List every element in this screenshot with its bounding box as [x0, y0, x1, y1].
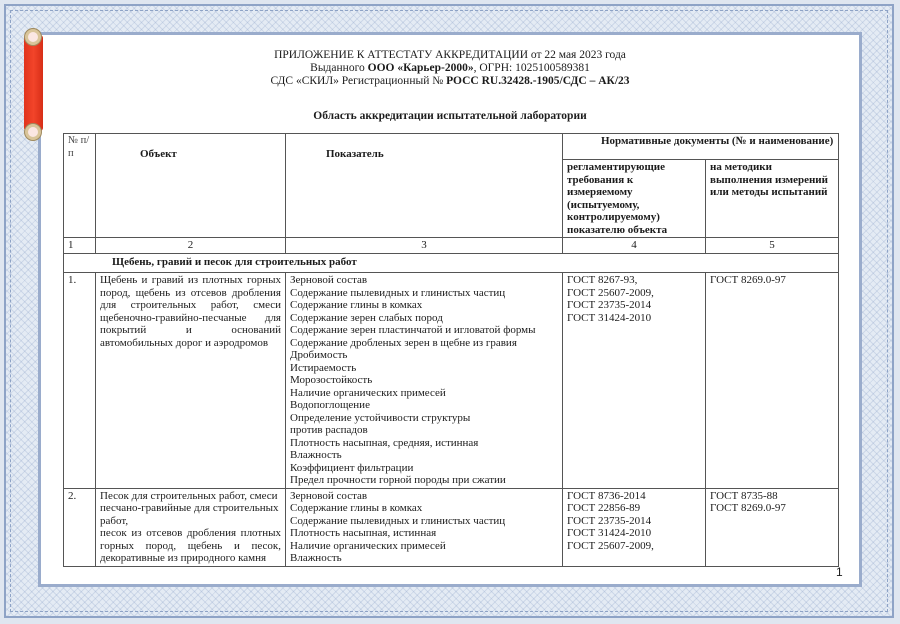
section-row: Щебень, гравий и песок для строительных … [64, 253, 839, 273]
row-object: Песок для строительных работ, смеси песч… [96, 488, 286, 566]
indicator-item: Зерновой состав [290, 274, 558, 287]
indicator-item: Содержание дробленых зерен в щебне из гр… [290, 337, 558, 350]
column-header-object: Объект [96, 134, 286, 238]
row-indicators: Зерновой состав Содержание глины в комка… [286, 488, 563, 566]
grommet-top-icon [25, 29, 41, 45]
column-numbers-row: 1 2 3 4 5 [64, 238, 839, 254]
indicator-item: Водопоглощение [290, 399, 558, 412]
table-row: 2. Песок для строительных работ, смеси п… [64, 488, 839, 566]
column-header-num: № п/п [64, 134, 96, 238]
indicator-item: Коэффициент фильтрации [290, 462, 558, 475]
accreditation-scope-table: № п/п Объект Показатель Нормативные доку… [63, 133, 839, 567]
page-number: 1 [836, 565, 843, 579]
gost-item: ГОСТ 31424-2010 [567, 527, 701, 540]
grommet-bottom-icon [25, 124, 41, 140]
gost-item: ГОСТ 8267-93, [567, 274, 701, 287]
table-row: 1. Щебень и гравий из плотных горных пор… [64, 273, 839, 489]
organization-name: ООО «Карьер-2000» [368, 62, 474, 74]
gost-item: ГОСТ 8269.0-97 [710, 274, 834, 287]
row-methods: ГОСТ 8735-88 ГОСТ 8269.0-97 [706, 488, 839, 566]
indicator-item: Влажность [290, 449, 558, 462]
indicator-item: Содержание глины в комках [290, 502, 558, 515]
indicator-item: Содержание пылевидных и глинистых частиц [290, 515, 558, 528]
indicator-item: Истираемость [290, 362, 558, 375]
indicator-item: Наличие органических примесей [290, 387, 558, 400]
gost-item: ГОСТ 8269.0-97 [710, 502, 834, 515]
indicator-item: Содержание пылевидных и глинистых частиц [290, 287, 558, 300]
indicator-item: Дробимость [290, 349, 558, 362]
document-header: ПРИЛОЖЕНИЕ К АТТЕСТАТУ АККРЕДИТАЦИИ от 2… [0, 49, 900, 88]
document-subtitle: Область аккредитации испытательной лабор… [0, 110, 900, 122]
gost-item: ГОСТ 25607-2009, [567, 540, 701, 553]
gost-item: ГОСТ 22856-89 [567, 502, 701, 515]
column-header-normative: Нормативные документы (№ и наименование) [563, 134, 839, 160]
gost-item: ГОСТ 23735-2014 [567, 299, 701, 312]
indicator-item: Зерновой состав [290, 490, 558, 503]
row-methods: ГОСТ 8269.0-97 [706, 273, 839, 489]
indicator-item: Содержание зерен пластинчатой и игловато… [290, 324, 558, 337]
column-number: 5 [706, 238, 839, 254]
gost-item: ГОСТ 25607-2009, [567, 287, 701, 300]
indicator-item: Плотность насыпная, истинная [290, 527, 558, 540]
header-line-2: Выданного ООО «Карьер-2000», ОГРН: 10251… [0, 62, 900, 75]
column-header-requirements: регламентирующие требования к измеряемом… [563, 160, 706, 238]
indicator-item: Морозостойкость [290, 374, 558, 387]
column-header-methods: на методики выполнения измерений или мет… [706, 160, 839, 238]
row-object: Щебень и гравий из плотных горных пород,… [96, 273, 286, 489]
header-line-3: СДС «СКИЛ» Регистрационный № РОСС RU.324… [0, 75, 900, 88]
column-number: 3 [286, 238, 563, 254]
indicator-item: Плотность насыпная, средняя, истинная [290, 437, 558, 450]
gost-item: ГОСТ 8736-2014 [567, 490, 701, 503]
registration-label: СДС «СКИЛ» Регистрационный № [270, 75, 446, 87]
registration-number: РОСС RU.32428.-1905/СДС – АК/23 [446, 75, 629, 87]
section-title: Щебень, гравий и песок для строительных … [64, 253, 839, 273]
issued-label: Выданного [310, 62, 367, 74]
column-number: 2 [96, 238, 286, 254]
row-number: 1. [64, 273, 96, 489]
ogrn: , ОГРН: 1025100589381 [474, 62, 590, 74]
indicator-item: Предел прочности горной породы при сжати… [290, 474, 558, 487]
gost-item: ГОСТ 31424-2010 [567, 312, 701, 325]
row-requirements: ГОСТ 8736-2014 ГОСТ 22856-89 ГОСТ 23735-… [563, 488, 706, 566]
object-part: песок из отсевов дробления плотных горны… [100, 527, 281, 565]
row-number: 2. [64, 488, 96, 566]
indicator-item: Определение устойчивости структуры проти… [290, 412, 500, 437]
gost-item: ГОСТ 8735-88 [710, 490, 834, 503]
indicator-item: Влажность [290, 552, 558, 565]
row-requirements: ГОСТ 8267-93, ГОСТ 25607-2009, ГОСТ 2373… [563, 273, 706, 489]
column-number: 1 [64, 238, 96, 254]
row-indicators: Зерновой состав Содержание пылевидных и … [286, 273, 563, 489]
object-part: Песок для строительных работ, смеси песч… [100, 490, 281, 528]
gost-item: ГОСТ 23735-2014 [567, 515, 701, 528]
indicator-item: Содержание зерен слабых пород [290, 312, 558, 325]
indicator-item: Наличие органических примесей [290, 540, 558, 553]
column-number: 4 [563, 238, 706, 254]
header-line-1: ПРИЛОЖЕНИЕ К АТТЕСТАТУ АККРЕДИТАЦИИ от 2… [0, 49, 900, 62]
indicator-item: Содержание глины в комках [290, 299, 558, 312]
column-header-indicator: Показатель [286, 134, 563, 238]
